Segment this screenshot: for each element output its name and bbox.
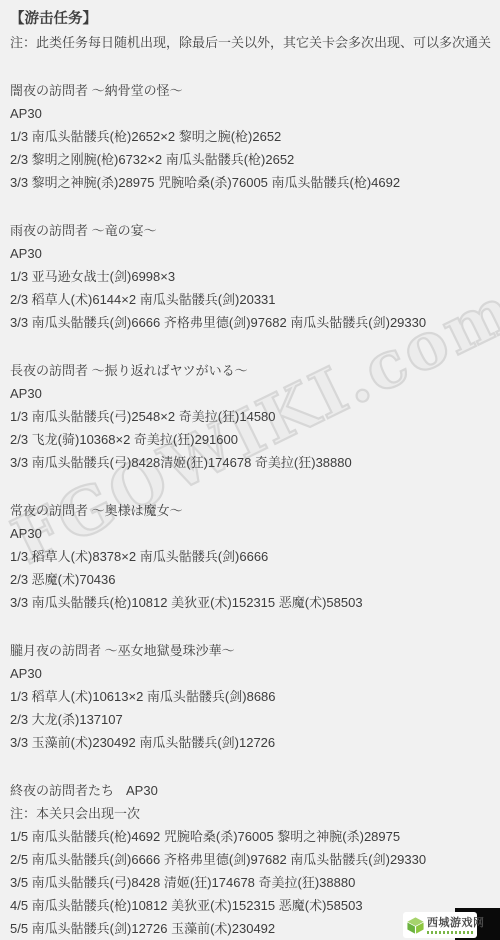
- quest-title-text: 終夜の訪問者たち: [10, 783, 114, 798]
- battle-line: 2/5 南瓜头骷髅兵(剑)6666 齐格弗里德(剑)97682 南瓜头骷髅兵(剑…: [10, 848, 500, 871]
- battle-line: 2/3 飞龙(骑)10368×2 奇美拉(狂)291600: [10, 428, 500, 451]
- article-content: 【游击任务】 注：此类任务每日随机出现，除最后一关以外，其它关卡会多次出现、可以…: [0, 0, 500, 940]
- battle-line: 1/3 南瓜头骷髅兵(枪)2652×2 黎明之腕(枪)2652: [10, 125, 500, 148]
- battle-line: 3/3 玉藻前(术)230492 南瓜头骷髅兵(剑)12726: [10, 731, 500, 754]
- quest-title: 常夜の訪問者 ～奥様は魔女～: [10, 499, 500, 522]
- battle-line: 3/3 南瓜头骷髅兵(剑)6666 齐格弗里德(剑)97682 南瓜头骷髅兵(剑…: [10, 311, 500, 334]
- quest-title: 雨夜の訪問者 ～竜の宴～: [10, 219, 500, 242]
- quest-section-3: 長夜の訪問者 ～振り返ればヤツがいる～ AP30 1/3 南瓜头骷髅兵(弓)25…: [10, 359, 500, 474]
- quest-title: 長夜の訪問者 ～振り返ればヤツがいる～: [10, 359, 500, 382]
- battle-line: 3/3 黎明之神腕(杀)28975 咒腕哈桑(杀)76005 南瓜头骷髅兵(枪)…: [10, 171, 500, 194]
- quest-title: 終夜の訪問者たちAP30: [10, 779, 500, 802]
- battle-line: 3/3 南瓜头骷髅兵(枪)10812 美狄亚(术)152315 恶魔(术)585…: [10, 591, 500, 614]
- quest-ap: AP30: [10, 102, 500, 125]
- page-note: 注：此类任务每日随机出现，除最后一关以外，其它关卡会多次出现、可以多次通关: [10, 31, 500, 54]
- quest-ap: AP30: [10, 382, 500, 405]
- quest-ap: AP30: [10, 242, 500, 265]
- green-cube-icon: [406, 916, 425, 935]
- battle-line: 2/3 稻草人(术)6144×2 南瓜头骷髅兵(剑)20331: [10, 288, 500, 311]
- battle-line: 2/3 大龙(杀)137107: [10, 708, 500, 731]
- article-page: FGOWIKI.com 【游击任务】 注：此类任务每日随机出现，除最后一关以外，…: [0, 0, 500, 940]
- site-name: 西城游戏网: [427, 917, 485, 929]
- logo-subtext-strip: [427, 931, 473, 934]
- logo-text-block: 西城游戏网: [427, 917, 485, 934]
- page-title: 【游击任务】: [10, 8, 500, 31]
- quest-ap: AP30: [10, 662, 500, 685]
- battle-line: 1/3 南瓜头骷髅兵(弓)2548×2 奇美拉(狂)14580: [10, 405, 500, 428]
- quest-section-4: 常夜の訪問者 ～奥様は魔女～ AP30 1/3 稻草人(术)8378×2 南瓜头…: [10, 499, 500, 614]
- battle-line: 1/3 稻草人(术)10613×2 南瓜头骷髅兵(剑)8686: [10, 685, 500, 708]
- quest-note: 注：本关只会出现一次: [10, 802, 500, 825]
- battle-line: 2/3 恶魔(术)70436: [10, 568, 500, 591]
- battle-line: 1/3 亚马逊女战士(剑)6998×3: [10, 265, 500, 288]
- site-logo: 西城游戏网: [403, 912, 477, 938]
- battle-line: 2/3 黎明之刚腕(枪)6732×2 南瓜头骷髅兵(枪)2652: [10, 148, 500, 171]
- quest-section-5: 朧月夜の訪問者 ～巫女地獄曼珠沙華～ AP30 1/3 稻草人(术)10613×…: [10, 639, 500, 754]
- quest-section-2: 雨夜の訪問者 ～竜の宴～ AP30 1/3 亚马逊女战士(剑)6998×3 2/…: [10, 219, 500, 334]
- quest-title: 朧月夜の訪問者 ～巫女地獄曼珠沙華～: [10, 639, 500, 662]
- quest-ap: AP30: [126, 783, 158, 798]
- battle-line: 1/5 南瓜头骷髅兵(枪)4692 咒腕哈桑(杀)76005 黎明之神腕(杀)2…: [10, 825, 500, 848]
- quest-section-1: 闇夜の訪問者 ～納骨堂の怪～ AP30 1/3 南瓜头骷髅兵(枪)2652×2 …: [10, 79, 500, 194]
- battle-line: 3/3 南瓜头骷髅兵(弓)8428清姬(狂)174678 奇美拉(狂)38880: [10, 451, 500, 474]
- battle-line: 3/5 南瓜头骷髅兵(弓)8428 清姬(狂)174678 奇美拉(狂)3888…: [10, 871, 500, 894]
- quest-title: 闇夜の訪問者 ～納骨堂の怪～: [10, 79, 500, 102]
- battle-line: 1/3 稻草人(术)8378×2 南瓜头骷髅兵(剑)6666: [10, 545, 500, 568]
- quest-ap: AP30: [10, 522, 500, 545]
